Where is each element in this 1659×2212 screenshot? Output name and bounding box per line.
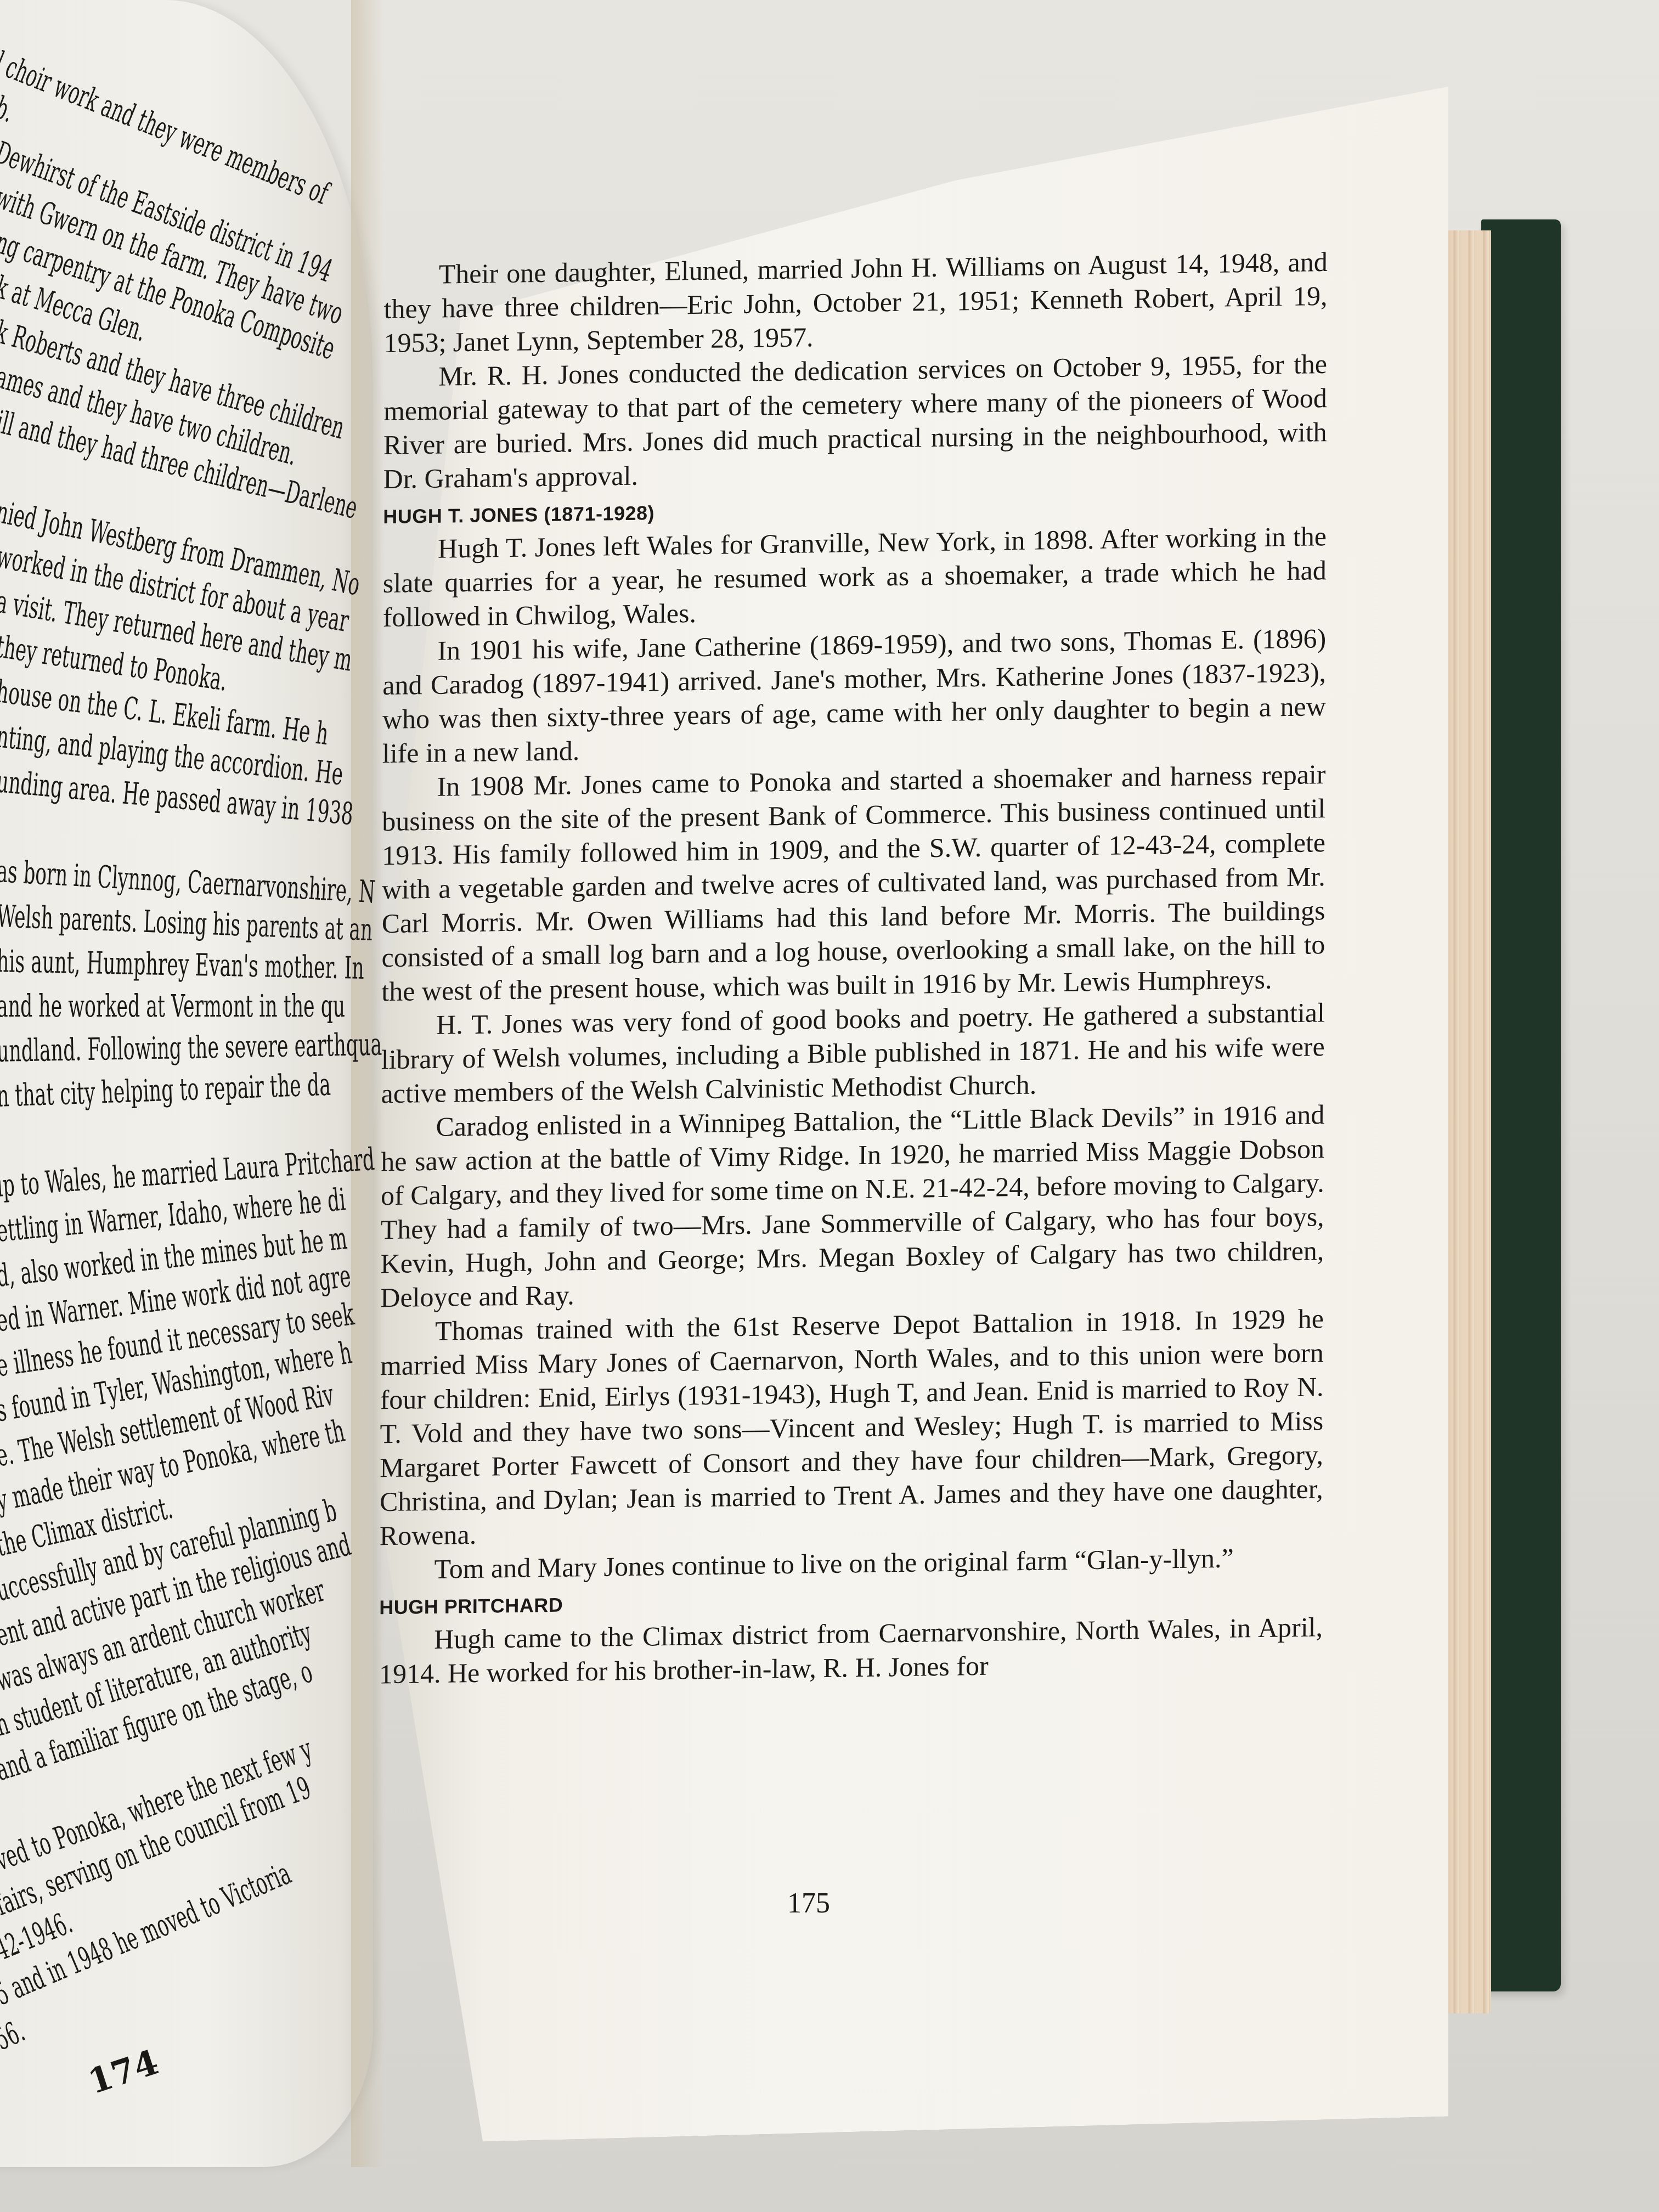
paragraph: Thomas trained with the 61st Reserve Dep… [380, 1301, 1324, 1553]
paragraph: In 1901 his wife, Jane Catherine (1869-1… [382, 621, 1327, 770]
left-page-line: and he worked at Vermont in the qu [0, 989, 345, 1024]
paragraph: Mr. R. H. Jones conducted the dedication… [383, 347, 1327, 496]
paragraph: Hugh T. Jones left Wales for Granville, … [383, 519, 1327, 634]
paragraph: In 1908 Mr. Jones came to Ponoka and sta… [381, 757, 1325, 1008]
paragraph: Caradog enlisted in a Winnipeg Battalion… [380, 1097, 1324, 1314]
paragraph: Hugh came to the Climax district from Ca… [379, 1610, 1323, 1691]
paragraph: H. T. Jones was very fond of good books … [381, 995, 1325, 1110]
page-number-right: 175 [787, 1887, 830, 1920]
gutter-shadow [351, 0, 384, 2167]
paragraph: Their one daughter, Eluned, married John… [383, 245, 1327, 360]
left-page-line: undland. Following the severe earthqua [0, 1027, 382, 1069]
left-page-line: his aunt, Humphrey Evan's mother. In [0, 944, 364, 986]
book-cover [1481, 219, 1561, 1991]
right-page-text: Their one daughter, Eluned, married John… [379, 245, 1328, 1691]
